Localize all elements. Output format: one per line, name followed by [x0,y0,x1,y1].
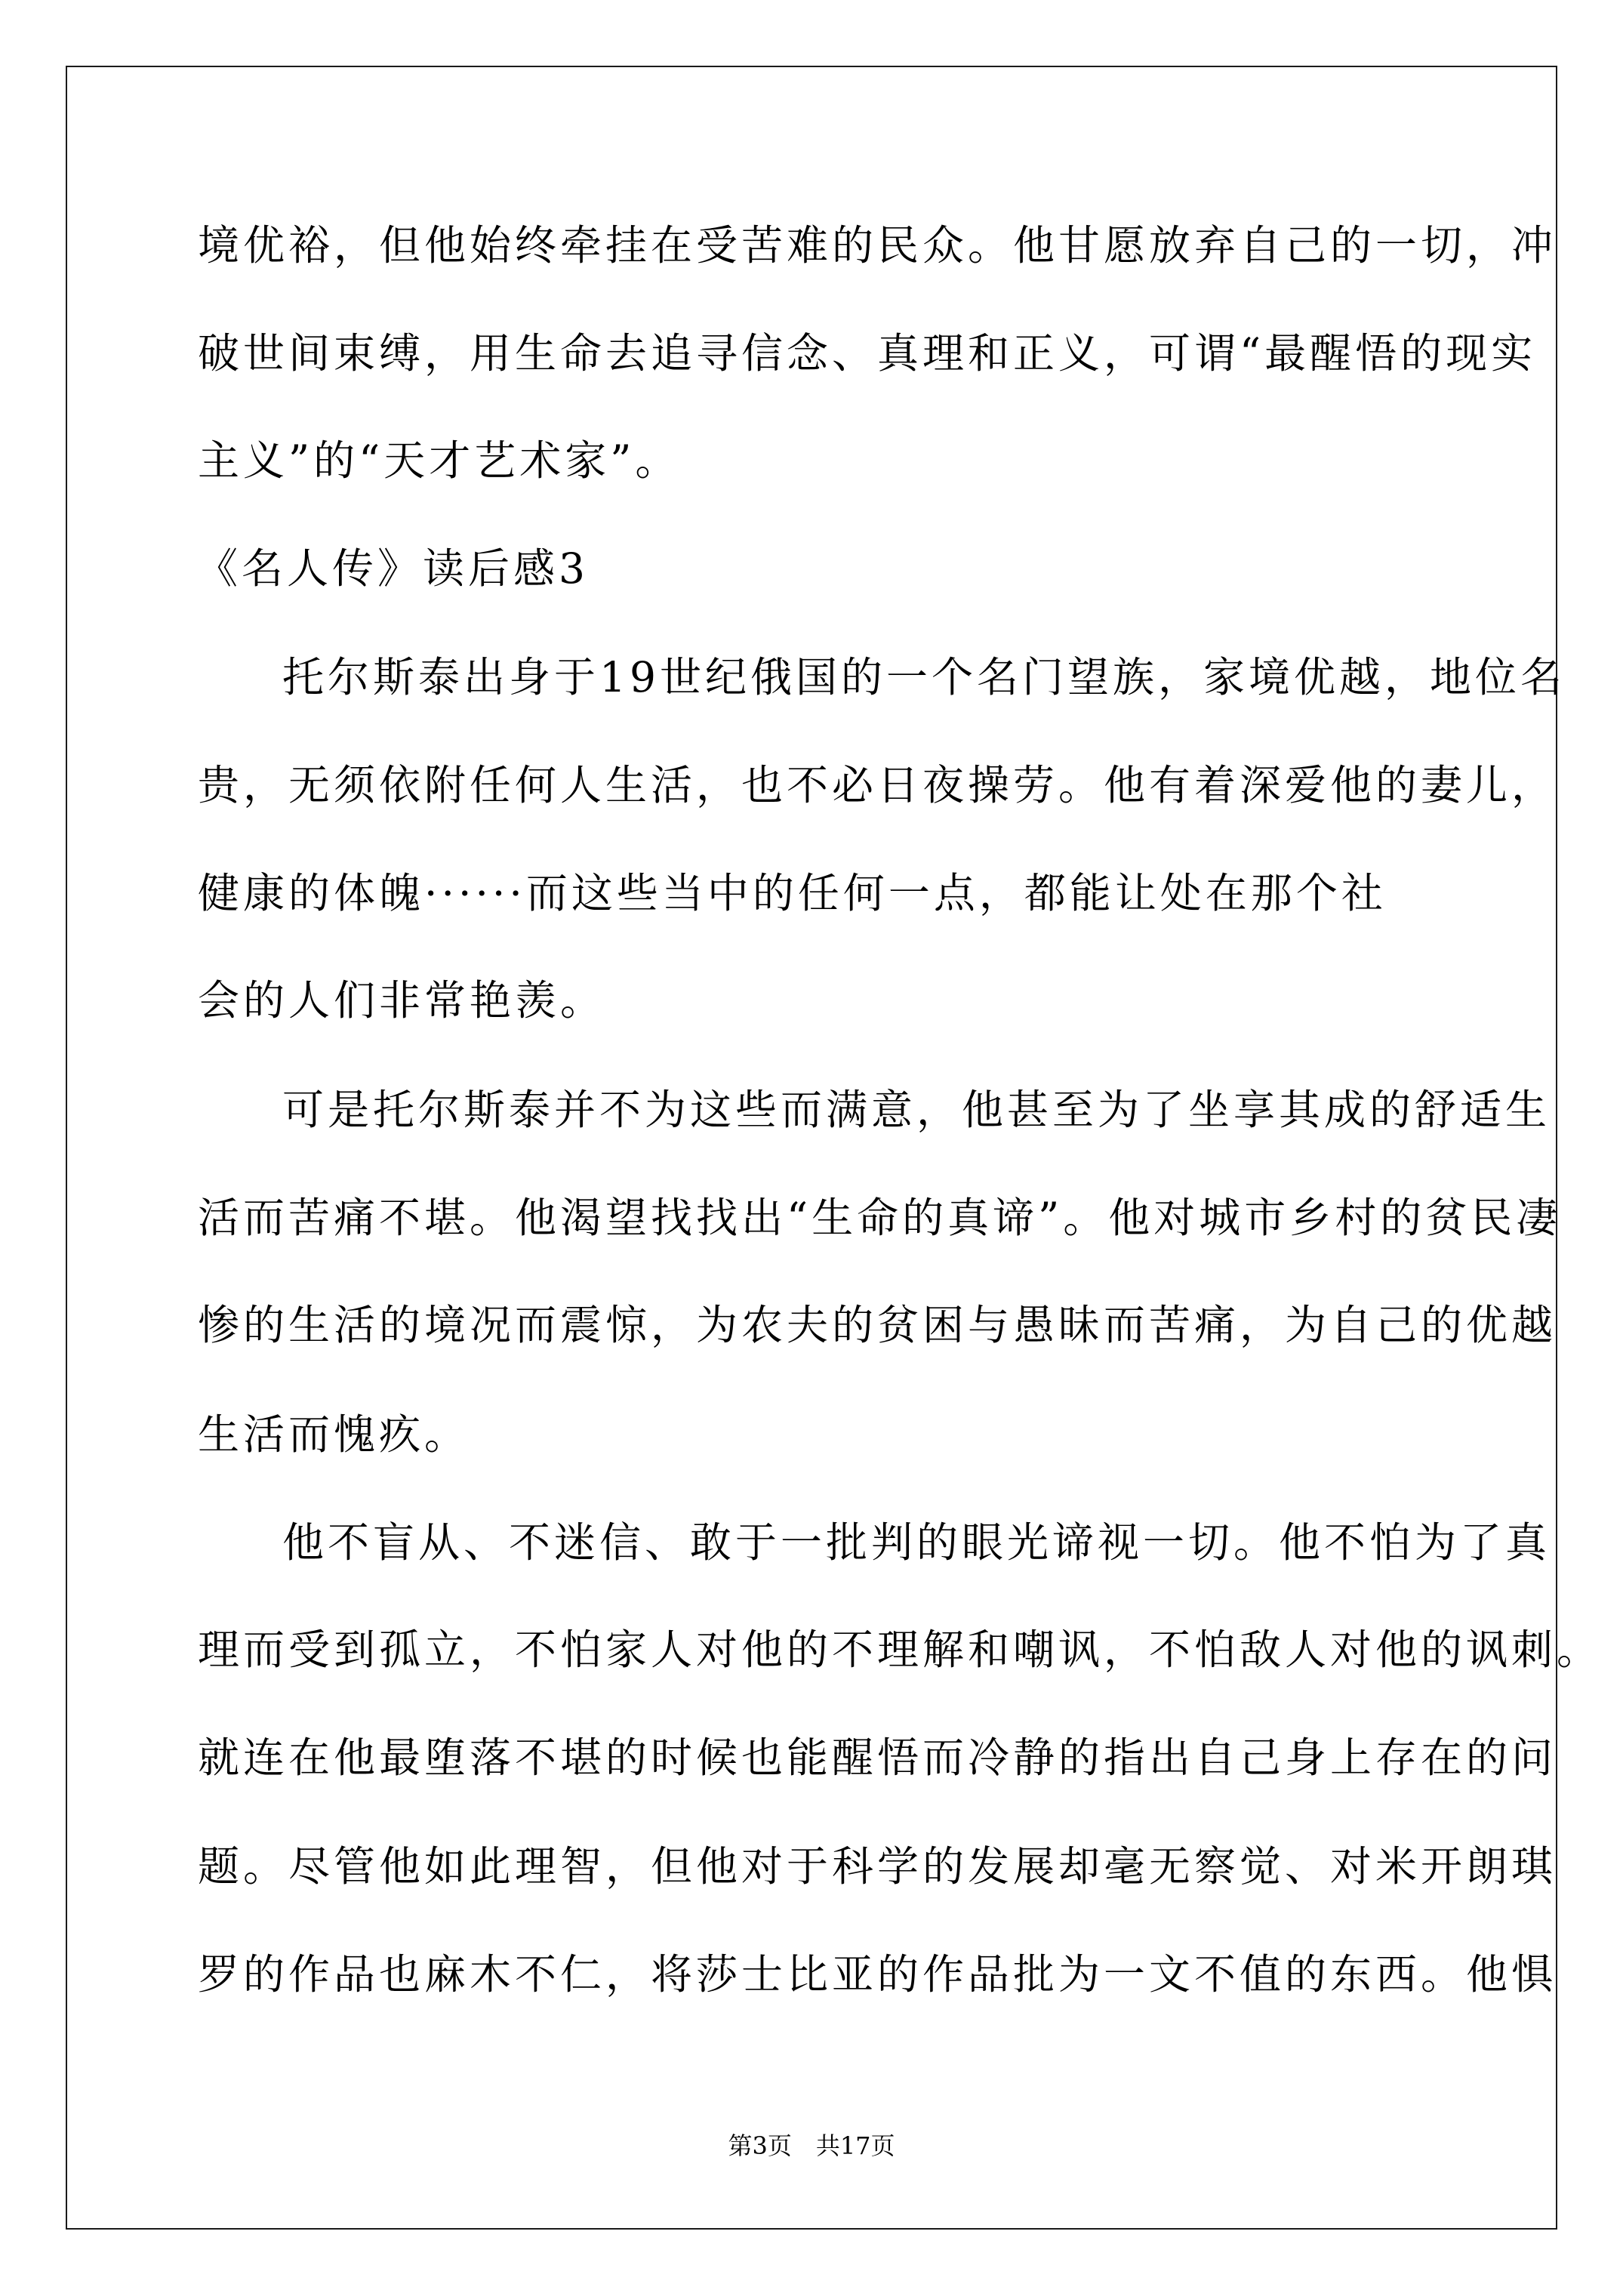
page-number-footer: 第3页 共17页 [0,2131,1623,2161]
paragraph-first-line: 托尔斯泰出身于19世纪俄国的一个名门望族，家境优越，地位名 [282,651,1566,704]
text-line: 惨的生活的境况而震惊，为农夫的贫困与愚昧而苦痛，为自己的优越 [198,1299,1557,1351]
text-line: 会的人们非常艳羡。 [198,974,605,1027]
page-border [66,66,1557,2230]
text-line: 罗的作品也麻木不仁，将莎士比亚的作品批为一文不值的东西。他惧 [198,1948,1557,2001]
text-line: 破世间束缚，用生命去追寻信念、真理和正义，可谓“最醒悟的现实 [198,327,1536,380]
text-line: 就连在他最堕落不堪的时候也能醒悟而冷静的指出自己身上存在的问 [198,1731,1557,1784]
text-line: 健康的体魄······而这些当中的任何一点，都能让处在那个社 [198,867,1387,920]
text-line: 活而苦痛不堪。他渴望找找出“生命的真谛”。他对城市乡村的贫民凄 [198,1191,1561,1244]
text-line: 理而受到孤立，不怕家人对他的不理解和嘲讽，不怕敌人对他的讽刺。 [198,1623,1602,1676]
paragraph-first-line: 可是托尔斯泰并不为这些而满意，他甚至为了坐享其成的舒适生 [282,1083,1551,1136]
text-line: 境优裕，但他始终牵挂在受苦难的民众。他甘愿放弃自己的一切，冲 [198,219,1557,272]
text-line: 主义”的“天才艺术家”。 [198,434,680,487]
text-line: 生活而愧疚。 [198,1408,470,1461]
text-line: 贵，无须依附任何人生活，也不必日夜操劳。他有着深爱他的妻儿， [198,759,1557,812]
section-heading: 《名人传》读后感3 [196,542,589,595]
text-line: 题。尽管他如此理智，但他对于科学的发展却毫无察觉、对米开朗琪 [198,1840,1557,1893]
paragraph-first-line: 他不盲从、不迷信、敢于一批判的眼光谛视一切。他不怕为了真 [282,1516,1551,1569]
